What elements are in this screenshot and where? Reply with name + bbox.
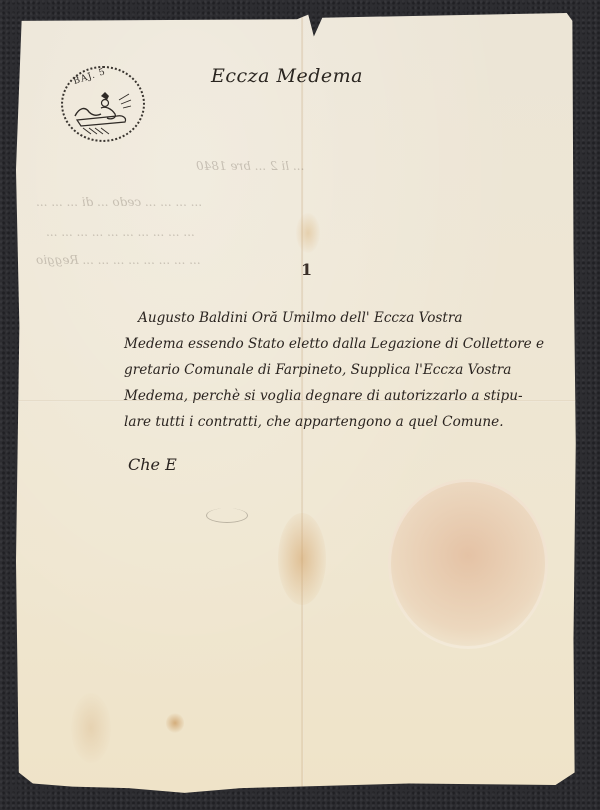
body-line: Medema, perchè si voglia degnare di auto… bbox=[124, 383, 594, 409]
folio-number: 1 bbox=[301, 260, 312, 279]
upper-fold-stain bbox=[296, 213, 320, 253]
document-heading: Eccza Medema bbox=[211, 65, 363, 87]
reclining-figure-icon bbox=[71, 86, 137, 136]
corner-stain bbox=[71, 693, 111, 763]
document-sheet: BAJ. 5 Eccza Medema ... li 2 ... bre 184… bbox=[16, 13, 578, 796]
revenue-stamp: BAJ. 5 bbox=[61, 66, 145, 142]
embossed-seal bbox=[388, 479, 548, 649]
body-line: Medema essendo Stato eletto dalla Legazi… bbox=[124, 331, 594, 357]
bleed-through-date: ... li 2 ... bre 1840 bbox=[196, 159, 304, 173]
pencil-mark bbox=[206, 508, 248, 523]
body-line: Augusto Baldini Oră Umilmo dell' Eccza V… bbox=[124, 305, 594, 331]
bleed-through-line: ... ... ... ... cedo ... di ... ... ... bbox=[36, 195, 202, 209]
petition-body: Augusto Baldini Oră Umilmo dell' Eccza V… bbox=[124, 305, 594, 435]
bleed-through-line: ... ... ... ... ... ... ... ... ... ... bbox=[46, 225, 195, 239]
foxing-dot bbox=[166, 713, 184, 733]
closing-formula: Che E bbox=[128, 455, 177, 474]
body-line: lare tutti i contratti, che appartengono… bbox=[124, 409, 594, 435]
body-line: gretario Comunale di Farpineto, Supplica… bbox=[124, 357, 594, 383]
bleed-through-line: ... ... ... ... ... ... ... ... Reggio bbox=[36, 253, 201, 267]
stamp-denomination: BAJ. 5 bbox=[72, 67, 107, 87]
